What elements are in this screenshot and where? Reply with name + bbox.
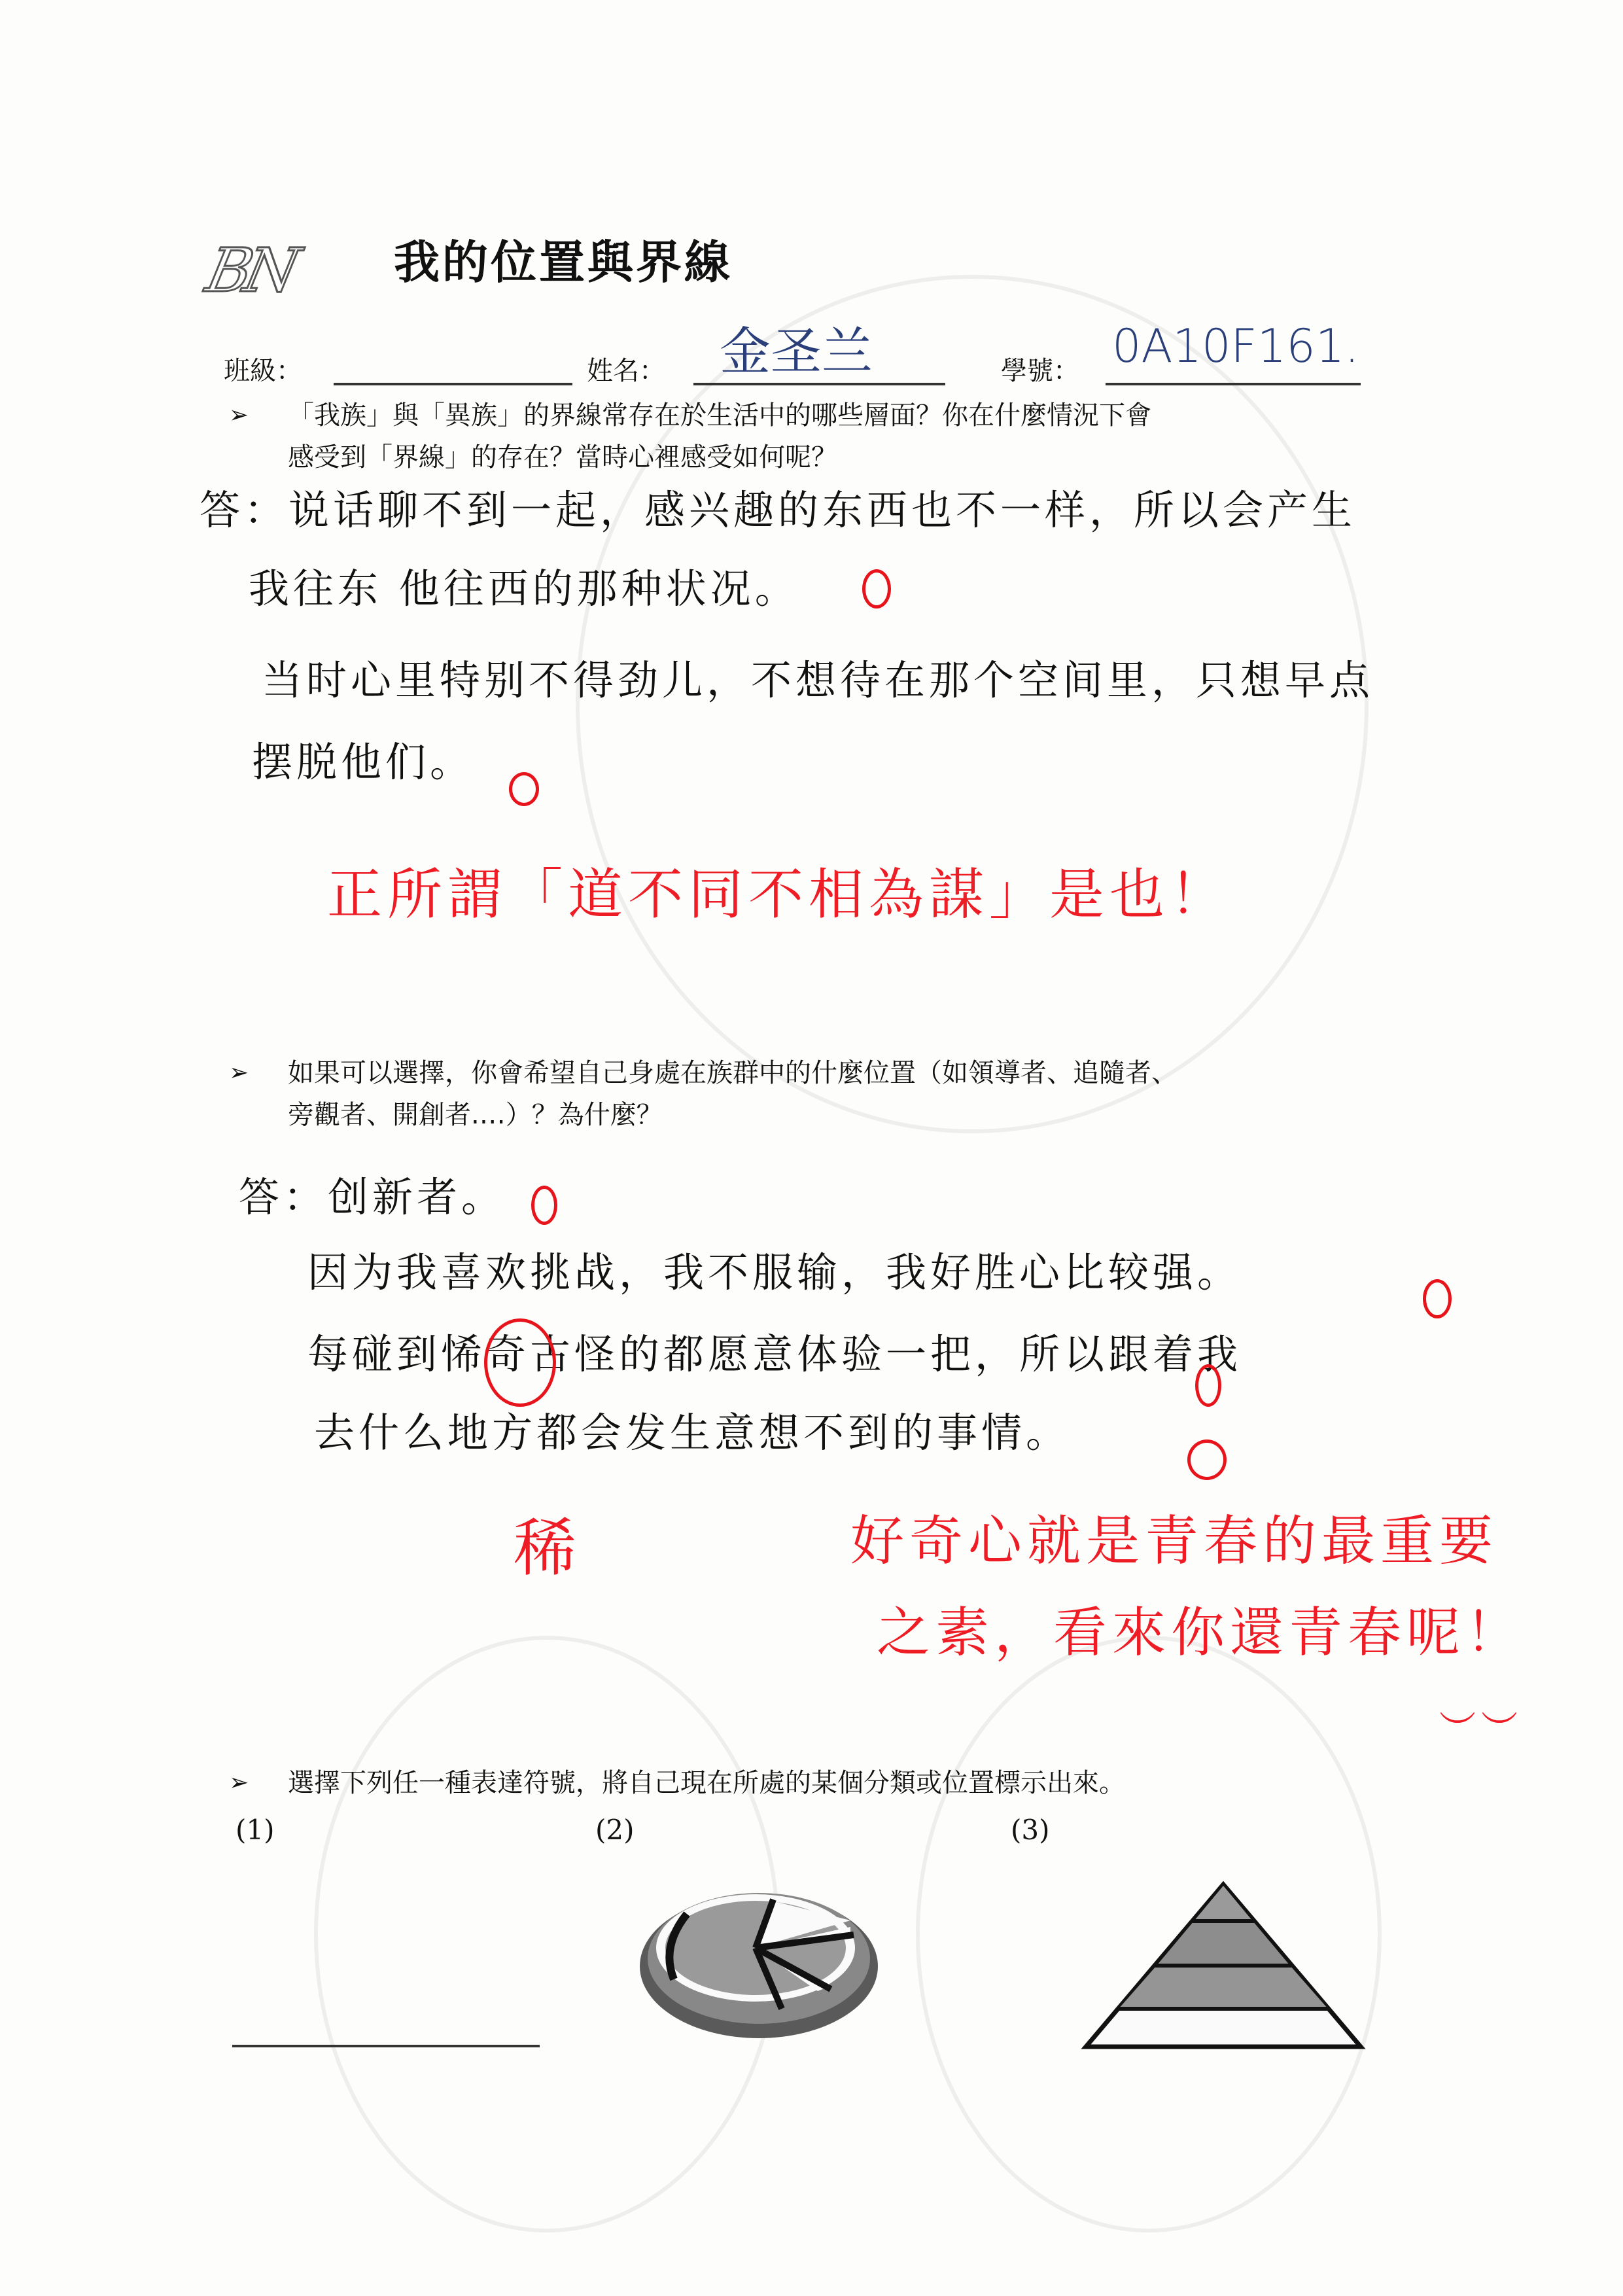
class-label: 班級： <box>224 350 302 387</box>
student-id-label: 學號： <box>1001 350 1079 387</box>
student-id-value: 0A10F161. <box>1112 319 1359 373</box>
answer-1-line-3: 当时心里特别不得劲儿，不想待在那个空间里，只想早点 <box>262 654 1374 707</box>
answer-1-line-1: 答：说话聊不到一起，感兴趣的东西也不一样，所以会产生 <box>200 484 1356 537</box>
name-value: 金圣兰 <box>720 311 873 384</box>
pyramid-icon[interactable] <box>1079 1878 1367 2055</box>
question-3: ➢ 選擇下列任一種表達符號，將自己現在所處的某個分類或位置標示出來。 <box>288 1762 1125 1804</box>
answer-2-line-2: 因为我喜欢挑战，我不服输，我好胜心比较强。 <box>307 1246 1242 1299</box>
teacher-comment-2-line-2: 之素，看來你還青春呢！ <box>877 1590 1524 1667</box>
answer-2-line-1: 答：创新者。 <box>239 1171 506 1224</box>
answer-1-line-2: 我往东 他往西的那种状况。 <box>249 563 799 615</box>
teacher-check-circle <box>509 772 539 806</box>
option-3-label: (3) <box>1011 1814 1050 1846</box>
teacher-check-circle <box>1423 1279 1452 1318</box>
correction-circle <box>484 1318 556 1407</box>
option-1-label: (1) <box>236 1814 275 1846</box>
question-2-line-1: 如果可以選擇，你會希望自己身處在族群中的什麼位置（如領導者、追隨者、 <box>288 1052 1178 1094</box>
question-3-line-1: 選擇下列任一種表達符號，將自己現在所處的某個分類或位置標示出來。 <box>288 1762 1125 1804</box>
answer-2-line-4: 去什么地方都会发生意想不到的事情。 <box>314 1407 1070 1459</box>
question-1-line-1: 「我族」與「異族」的界線常存在於生活中的哪些層面？你在什麼情況下會 <box>288 395 1151 436</box>
name-label: 姓名： <box>587 350 665 387</box>
answer-2-line-3: 每碰到悕奇古怪的都愿意体验一把，所以跟着我 <box>307 1328 1242 1381</box>
teacher-check-circle <box>1195 1364 1221 1407</box>
answer-1-line-4: 摆脱他们。 <box>252 736 474 788</box>
bullet-arrow-icon: ➢ <box>229 395 249 436</box>
question-1: ➢ 「我族」與「異族」的界線常存在於生活中的哪些層面？你在什麼情況下會 感受到「… <box>288 395 1151 478</box>
bullet-arrow-icon: ➢ <box>229 1762 249 1804</box>
student-id-field[interactable] <box>1106 383 1361 385</box>
bullet-arrow-icon: ➢ <box>229 1052 249 1094</box>
teacher-check-circle <box>531 1186 557 1225</box>
question-2-line-2: 旁觀者、開創者.…）？為什麼？ <box>288 1094 1178 1136</box>
teacher-correction-char: 稀 <box>514 1498 582 1588</box>
teacher-comment-1: 正所謂「道不同不相為謀」是也！ <box>327 851 1230 930</box>
publisher-logo: BN <box>201 236 300 306</box>
teacher-check-circle <box>1187 1439 1227 1480</box>
option-1-blank-line[interactable] <box>232 2045 540 2047</box>
teacher-check-circle <box>862 569 891 609</box>
option-2-label: (2) <box>595 1814 635 1846</box>
question-1-line-2: 感受到「界線」的存在？當時心裡感受如何呢？ <box>288 436 1151 478</box>
question-2: ➢ 如果可以選擇，你會希望自己身處在族群中的什麼位置（如領導者、追隨者、 旁觀者… <box>288 1052 1178 1136</box>
pie-chart-icon[interactable] <box>635 1875 883 2045</box>
worksheet-title: 我的位置與界線 <box>394 226 733 292</box>
teacher-comment-2-line-1: 好奇心就是青春的最重要 <box>850 1498 1498 1575</box>
smiley-face-icon: ︶︶ <box>1439 1701 1523 1754</box>
class-field[interactable] <box>334 383 572 385</box>
